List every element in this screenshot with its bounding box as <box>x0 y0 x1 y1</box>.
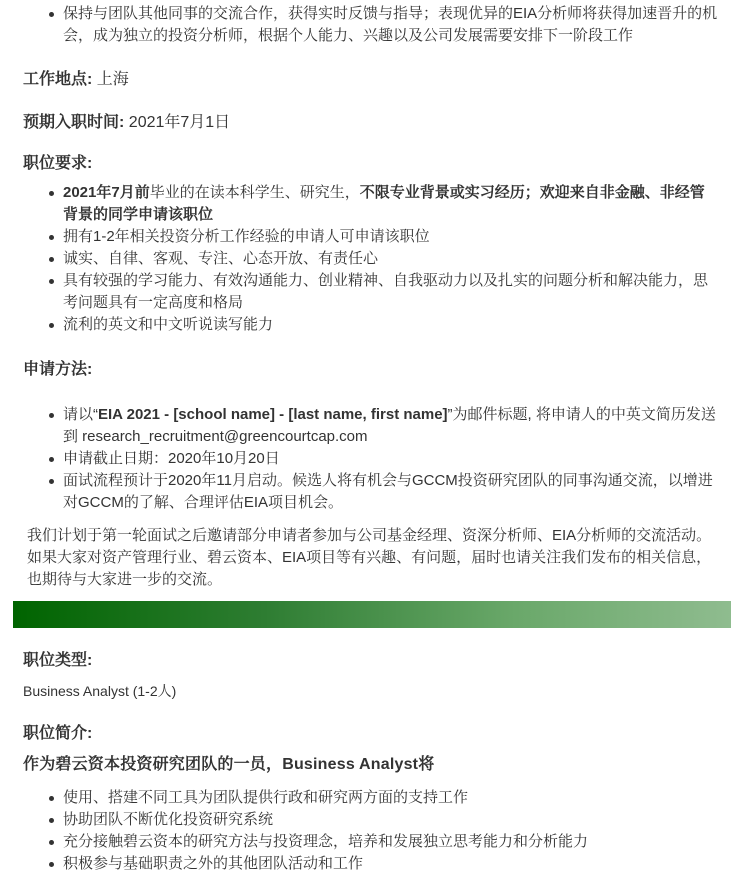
requirements-heading: 职位要求: <box>23 153 92 175</box>
list-item: 申请截止日期：2020年10月20日 <box>63 448 743 470</box>
position-intro-lead: 作为碧云资本投资研究团队的一员，Business Analyst将 <box>23 754 434 776</box>
application-prefix: 请以“ <box>63 406 98 423</box>
list-item: 2021年7月前毕业的在读本科学生、研究生，不限专业背景或实习经历；欢迎来自非金… <box>63 182 743 226</box>
application-heading: 申请方法: <box>23 359 92 381</box>
work-location-value: 上海 <box>92 71 128 88</box>
list-item: 积极参与基础职责之外的其他团队活动和工作 <box>63 853 743 875</box>
list-item: 诚实、自律、客观、专注、心态开放、有责任心 <box>63 248 743 270</box>
list-item: 具有较强的学习能力、有效沟通能力、创业精神、自我驱动力以及扎实的问题分析和解决能… <box>63 270 743 314</box>
application-list: 请以“EIA 2021 - [school name] - [last name… <box>0 404 743 514</box>
position-intro-list: 使用、搭建不同工具为团队提供行政和研究两方面的支持工作 协助团队不断优化投资研究… <box>0 787 743 875</box>
work-location-label: 工作地点: <box>23 71 92 88</box>
list-item: 面试流程预计于2020年11月启动。候选人将有机会与GCCM投资研究团队的同事沟… <box>63 470 743 514</box>
requirement-normal: 毕业的在读本科学生、研究生， <box>150 184 360 201</box>
list-item: 请以“EIA 2021 - [school name] - [last name… <box>63 404 743 448</box>
list-item: 拥有1-2年相关投资分析工作经验的申请人可申请该职位 <box>63 226 743 248</box>
list-item: 流利的英文和中文听说读写能力 <box>63 314 743 336</box>
list-item: 使用、搭建不同工具为团队提供行政和研究两方面的支持工作 <box>63 787 743 809</box>
requirement-bold-date: 2021年7月前 <box>63 184 150 201</box>
list-item: 保持与团队其他同事的交流合作，获得实时反馈与指导；表现优异的EIA分析师将获得加… <box>63 3 743 47</box>
start-date-value: 2021年7月1日 <box>124 114 230 131</box>
top-list: 保持与团队其他同事的交流合作，获得实时反馈与指导；表现优异的EIA分析师将获得加… <box>0 3 743 47</box>
section-divider-band <box>13 601 731 628</box>
email-subject-format: EIA 2021 - [school name] - [last name, f… <box>98 406 448 423</box>
work-location: 工作地点: 上海 <box>23 69 129 91</box>
position-type-value: Business Analyst (1-2人) <box>23 681 176 701</box>
requirements-list: 2021年7月前毕业的在读本科学生、研究生，不限专业背景或实习经历；欢迎来自非金… <box>0 182 743 336</box>
list-item: 协助团队不断优化投资研究系统 <box>63 809 743 831</box>
start-date: 预期入职时间: 2021年7月1日 <box>23 112 230 134</box>
start-date-label: 预期入职时间: <box>23 114 124 131</box>
note-paragraph: 我们计划于第一轮面试之后邀请部分申请者参加与公司基金经理、资深分析师、EIA分析… <box>27 525 717 591</box>
position-type-heading: 职位类型: <box>23 650 92 672</box>
list-item: 充分接触碧云资本的研究方法与投资理念，培养和发展独立思考能力和分析能力 <box>63 831 743 853</box>
position-intro-heading: 职位简介: <box>23 723 92 745</box>
